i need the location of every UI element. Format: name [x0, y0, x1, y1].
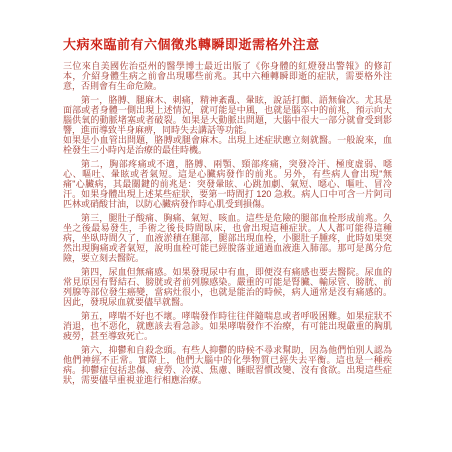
- paragraph: 第一，胳膊、腿麻木、刺痛，精神紊亂、暈眩，說話打顫、語無倫次。尤其是面部或者身體…: [63, 95, 392, 135]
- paragraph: 第三，腿肚子酸痛、胸痛、氣短、咳血。這些是危險的腿部血栓形成前兆。久坐之後最易發…: [63, 213, 392, 263]
- article-content: 大病來臨前有六個徵兆轉瞬即逝需格外注意 三位來自美國佐治亞州的醫學博士最近出版了…: [63, 37, 392, 385]
- document-page: 大病來臨前有六個徵兆轉瞬即逝需格外注意 三位來自美國佐治亞州的醫學博士最近出版了…: [0, 0, 452, 452]
- article-body: 三位來自美國佐治亞州的醫學博士最近出版了《你身體的紅燈發出警報》的修訂本，介紹身…: [63, 61, 392, 385]
- paragraph: 第五，哮喘不好也不壞。哮喘發作時往往伴隨喘息或者呼吸困難。如果症狀不消退，也不惡…: [63, 311, 392, 341]
- page-title: 大病來臨前有六個徵兆轉瞬即逝需格外注意: [63, 37, 392, 52]
- paragraph: 第六，抑鬱和自殺念頭。有些人抑鬱的時候不尋求幫助，因為他們怕別人認為他們神經不正…: [63, 345, 392, 385]
- paragraph: 第二，胸部疼痛或不適，胳膊、兩顎、頸部疼痛，突發冷汗、極度虛弱、噁心、嘔吐、暈眩…: [63, 159, 392, 209]
- paragraph: 如果是小血管出問題，胳膊或腿會麻木。出現上述症狀應立刻就醫。一般說來，血栓發生三…: [63, 135, 392, 155]
- paragraph: 三位來自美國佐治亞州的醫學博士最近出版了《你身體的紅燈發出警報》的修訂本，介紹身…: [63, 61, 392, 91]
- paragraph: 第四，尿血但無痛感。如果發現尿中有血，即便沒有痛感也要去醫院。尿血的常見原因有腎…: [63, 267, 392, 307]
